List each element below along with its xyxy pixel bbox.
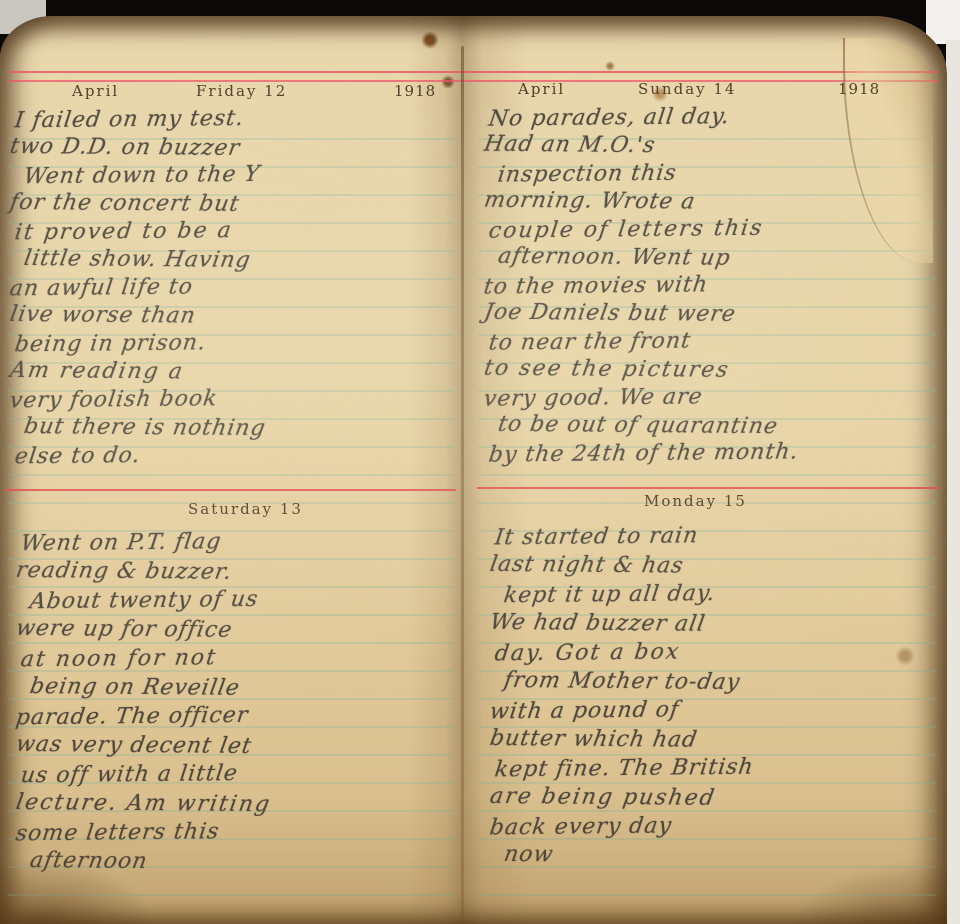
- handwriting-line: afternoon. Went up: [496, 243, 800, 274]
- handwriting-line: day. Got a box: [493, 637, 756, 669]
- handwriting-line: were up for office: [14, 614, 274, 645]
- handwriting-line: an awful life to: [8, 273, 268, 304]
- handwriting-line: live worse than: [8, 301, 268, 331]
- book-gutter-crease: [461, 46, 464, 924]
- handwriting-line: Went on P.T. flag: [19, 527, 273, 559]
- month-label-left: April: [72, 82, 119, 100]
- day-label-sunday: Sunday 14: [638, 80, 736, 98]
- handwriting-line: but there is nothing: [22, 413, 268, 443]
- handwriting-line: to be out of quarantine: [496, 411, 800, 442]
- handwriting-line: two D.D. on buzzer: [8, 133, 268, 163]
- handwriting-line: it proved to be a: [13, 217, 268, 248]
- handwriting-line: are being pushed: [488, 782, 756, 813]
- handwriting-line: Went down to the Y: [22, 161, 268, 192]
- scanner-edge-background: [946, 40, 960, 924]
- handwriting-line: I failed on my test.: [13, 105, 268, 136]
- handwriting-line: kept it up all day.: [502, 579, 756, 611]
- month-label-right: April: [518, 80, 565, 98]
- handwriting-line: last night & has: [488, 550, 756, 581]
- handwriting-line: Am reading a: [8, 357, 268, 387]
- entry-sunday-14: No parades, all day. Had an M.O.'s inspe…: [484, 104, 798, 468]
- year-label-right: 1918: [838, 80, 880, 98]
- entry-friday-12: I failed on my test. two D.D. on buzzer …: [10, 106, 266, 470]
- handwriting-line: Joe Daniels but were: [482, 299, 800, 330]
- handwriting-line: reading & buzzer.: [14, 556, 274, 587]
- handwriting-line: kept fine. The British: [493, 753, 756, 785]
- pink-double-rule: [8, 71, 938, 82]
- day-label-monday: Monday 15: [644, 492, 747, 510]
- handwriting-line: for the concert but: [8, 189, 268, 219]
- handwriting-line: lecture. Am writing: [14, 788, 274, 819]
- handwriting-line: We had buzzer all: [488, 608, 756, 639]
- handwriting-line: parade. The officer: [14, 701, 273, 733]
- handwriting-line: with a pound of: [488, 695, 756, 727]
- day-label-friday: Friday 12: [196, 82, 287, 100]
- year-label-left: 1918: [394, 82, 436, 100]
- handwriting-line: butter which had: [488, 724, 756, 755]
- handwriting-line: very good. We are: [482, 382, 800, 413]
- handwriting-line: very foolish book: [8, 385, 268, 416]
- handwriting-line: else to do.: [13, 441, 268, 472]
- handwriting-line: us off with a little: [19, 759, 273, 791]
- handwriting-line: being on Reveille: [28, 672, 274, 703]
- handwriting-line: now: [502, 840, 756, 871]
- handwriting-line: to near the front: [487, 326, 800, 357]
- handwriting-line: afternoon: [28, 846, 274, 877]
- handwriting-line: couple of letters this: [487, 214, 800, 245]
- diary-open-book: April Friday 12 1918 April Sunday 14 191…: [0, 16, 947, 924]
- red-divider-right-page: [477, 487, 939, 489]
- handwriting-line: back every day: [488, 811, 756, 843]
- handwriting-line: by the 24th of the month.: [487, 438, 800, 469]
- handwriting-line: to the movies with: [482, 270, 800, 301]
- handwriting-line: About twenty of us: [28, 585, 273, 617]
- handwriting-line: to see the pictures: [482, 355, 800, 386]
- diary-scan: April Friday 12 1918 April Sunday 14 191…: [0, 0, 960, 924]
- handwriting-line: Had an M.O.'s: [482, 131, 800, 162]
- handwriting-line: from Mother to-day: [502, 666, 756, 697]
- handwriting-line: at noon for not: [19, 643, 273, 675]
- handwriting-line: little show. Having: [22, 245, 268, 275]
- handwriting-line: some letters this: [14, 817, 273, 849]
- handwriting-line: inspection this: [496, 158, 800, 189]
- red-divider-left-page: [4, 489, 456, 491]
- handwriting-line: It started to rain: [493, 521, 756, 553]
- handwriting-line: morning. Wrote a: [482, 187, 800, 218]
- handwriting-line: was very decent let: [14, 730, 274, 761]
- handwriting-line: being in prison.: [13, 329, 268, 360]
- handwriting-line: No parades, all day.: [487, 102, 800, 133]
- day-label-saturday: Saturday 13: [188, 500, 303, 518]
- entry-monday-15: It started to rain last night & has kept…: [490, 522, 754, 870]
- entry-saturday-13: Went on P.T. flag reading & buzzer. Abou…: [16, 528, 271, 876]
